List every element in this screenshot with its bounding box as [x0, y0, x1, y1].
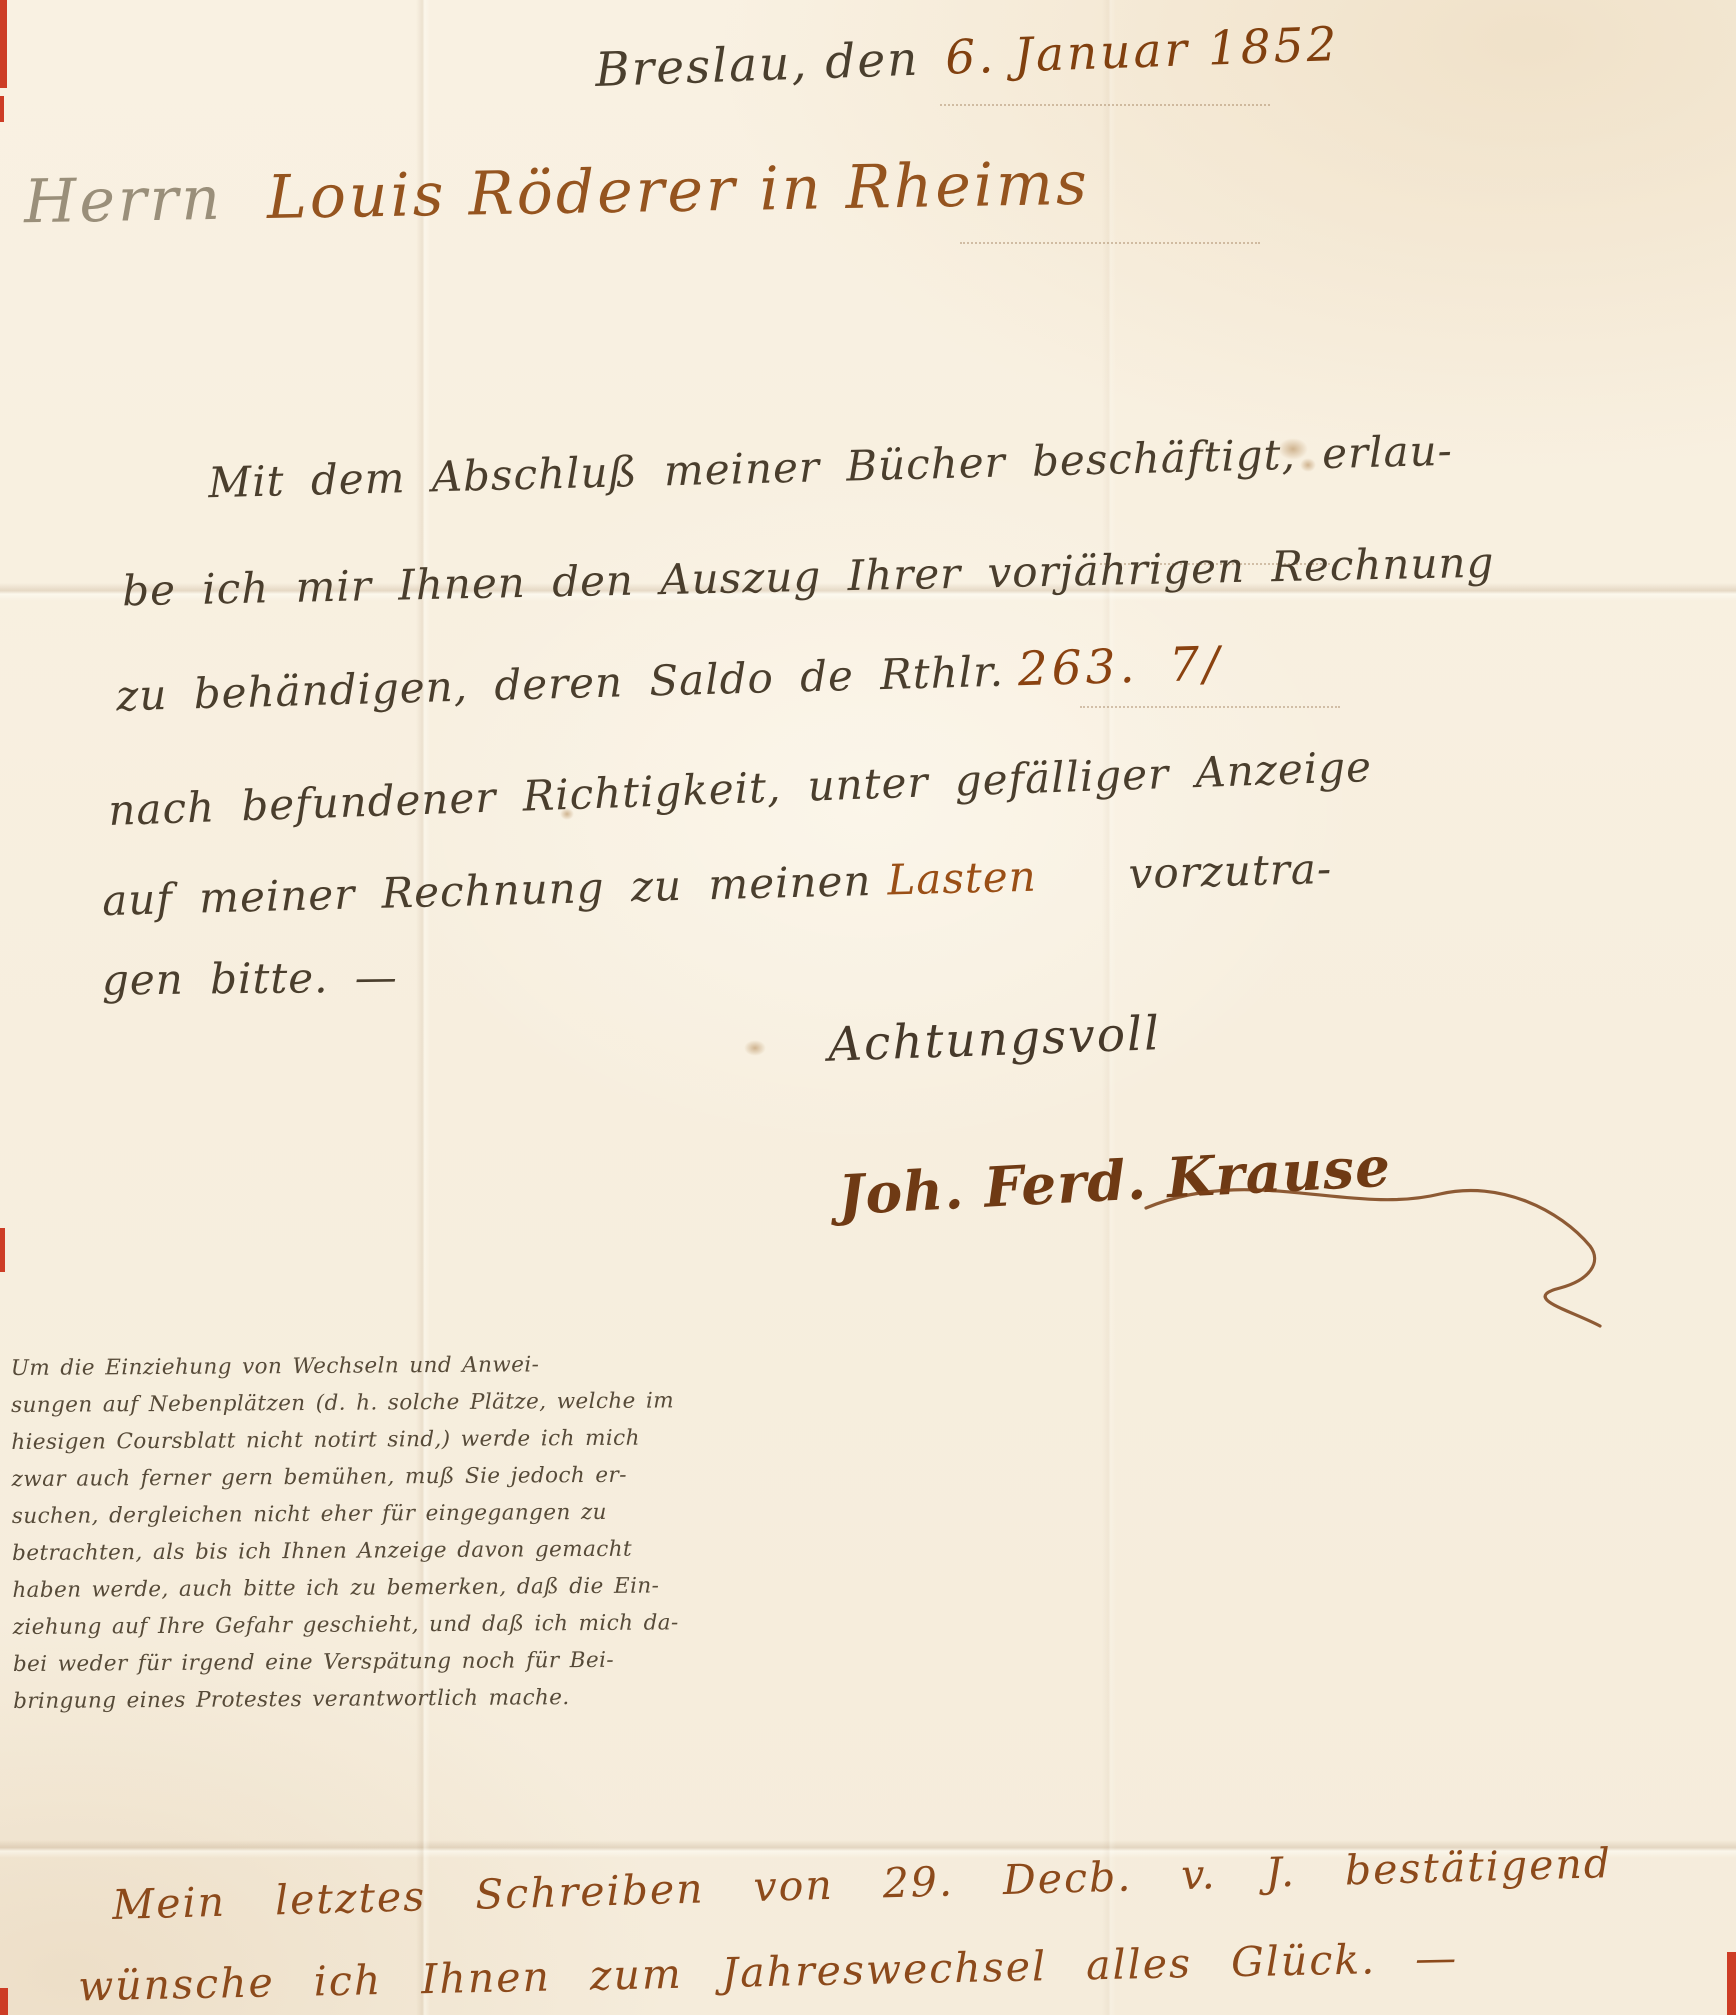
dotted-rule [940, 104, 1270, 106]
disclaimer-block: Um die Einziehung von Wechseln und Anwei… [11, 1346, 594, 1720]
disclaimer-line: betrachten, als bis ich Ihnen Anzeige da… [12, 1531, 592, 1572]
body-line-3: zu behändigen, deren Saldo de Rthlr.263.… [115, 637, 1223, 723]
disclaimer-line: ziehung auf Ihre Gefahr geschieht, und d… [13, 1605, 593, 1646]
saldo-amount: 263. 7/ [1017, 637, 1224, 698]
address-recipient: Louis Röderer in Rheims [266, 149, 1090, 233]
dotted-rule [960, 242, 1260, 244]
dateline-date: 6. Januar 1852 [944, 17, 1340, 86]
disclaimer-line: haben werde, auch bitte ich zu bemerken,… [12, 1568, 592, 1609]
dateline-place: Breslau, den [594, 32, 920, 98]
body-line-5-text: auf meiner Rechnung zu meinen [102, 856, 872, 925]
scan-edge-mark [0, 0, 7, 88]
dateline: Breslau, den6. Januar 1852 [594, 17, 1340, 98]
scan-edge-mark [0, 1228, 5, 1272]
disclaimer-line: sungen auf Nebenplätzen (d. h. solche Pl… [11, 1383, 591, 1424]
stain-spot [744, 1040, 766, 1056]
disclaimer-line: Um die Einziehung von Wechseln und Anwei… [11, 1346, 591, 1387]
address-line: HerrnLouis Röderer in Rheims [23, 149, 1090, 238]
body-line-5-end: vorzutra- [1128, 844, 1333, 898]
address-salutation: Herrn [23, 164, 223, 237]
disclaimer-line: bringung eines Protestes verantwortlich … [13, 1679, 593, 1720]
body-line-5: auf meiner Rechnung zu meinenLastenvorzu… [102, 844, 1333, 925]
body-line-4: nach befundener Richtigkeit, unter gefäl… [108, 742, 1373, 835]
disclaimer-line: suchen, dergleichen nicht eher für einge… [12, 1494, 592, 1535]
disclaimer-line: hiesigen Coursblatt nicht notirt sind,) … [11, 1420, 591, 1461]
body-line-3-text: zu behändigen, deren Saldo de Rthlr. [116, 647, 1005, 721]
body-line-1: Mit dem Abschluß meiner Bücher beschäfti… [208, 426, 1454, 508]
scan-edge-mark [0, 96, 4, 122]
body-line-6: gen bitte. — [102, 952, 398, 1004]
disclaimer-line: zwar auch ferner gern bemühen, muß Sie j… [11, 1457, 591, 1498]
signature: Joh. Ferd. Krause [837, 1134, 1393, 1228]
body-line-2: be ich mir Ihnen den Auszug Ihrer vorjäh… [122, 538, 1495, 616]
scan-edge-mark [0, 1988, 8, 2015]
letter-page: { "colors": { "paper": "#f7eedd", "ink_d… [0, 0, 1736, 2015]
lasten-word: Lasten [887, 852, 1038, 905]
scan-edge-mark [1727, 1952, 1736, 2015]
valediction: Achtungsvoll [827, 1006, 1162, 1073]
disclaimer-line: bei weder für irgend eine Verspätung noc… [13, 1642, 593, 1683]
dotted-rule [1080, 706, 1340, 708]
postscript-line-2: wünsche ich Ihnen zum Jahreswechsel alle… [78, 1934, 1459, 2011]
postscript-line-1: Mein letztes Schreiben von 29. Decb. v. … [112, 1839, 1613, 1929]
